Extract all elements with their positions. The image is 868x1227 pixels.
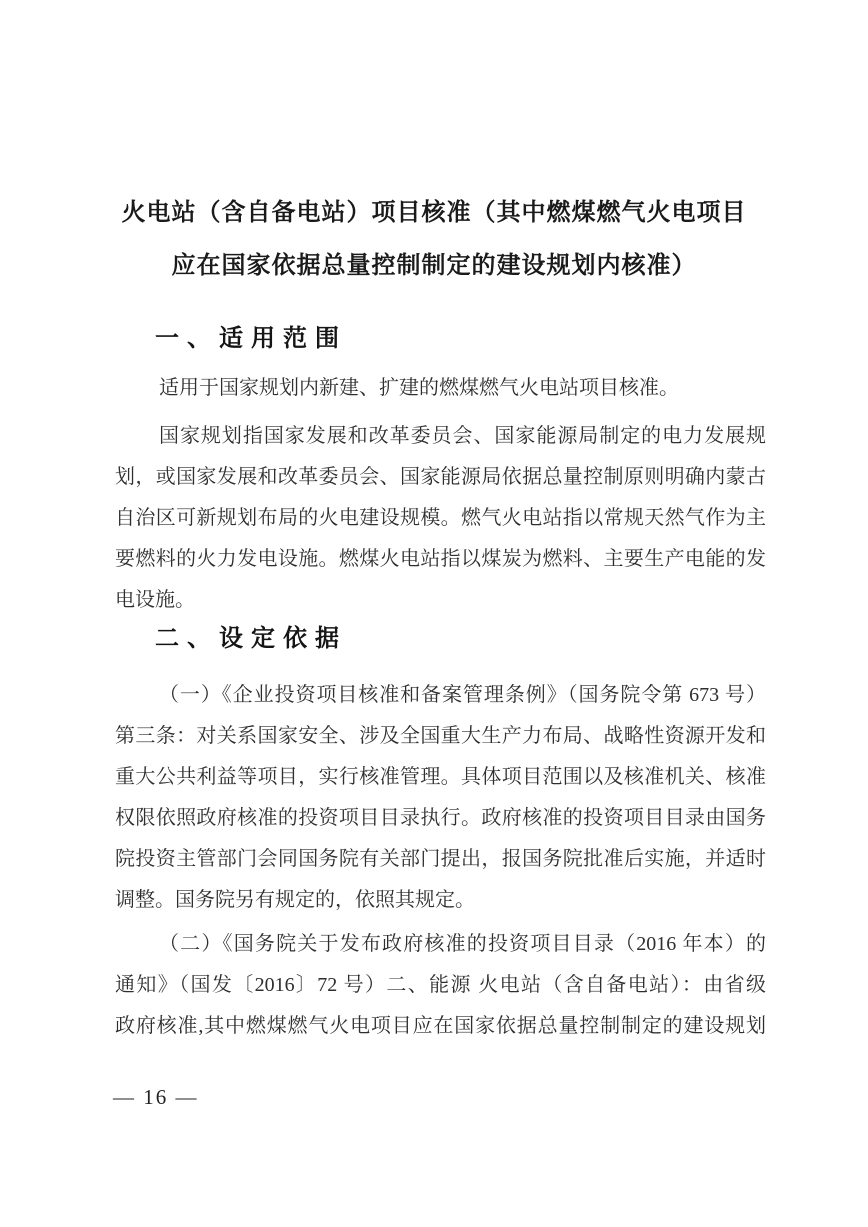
document-title: 火电站（含自备电站）项目核准（其中燃煤燃气火电项目 应在国家依据总量控制制定的建… <box>0 186 868 292</box>
paragraph-line: （一）《企业投资项目核准和备案管理条例》（国务院令第 673 号） <box>115 681 766 722</box>
section-1-paragraph-1: 适用于国家规划内新建、扩建的燃煤燃气火电站项目核准。 <box>115 374 766 415</box>
section-heading-basis: 二、设定依据 <box>155 624 347 654</box>
paragraph-line: 电设施。 <box>115 586 766 627</box>
paragraph-line: 重大公共利益等项目，实行核准管理。具体项目范围以及核准机关、核准 <box>115 763 766 804</box>
page-number: — 16 — <box>113 1085 199 1110</box>
section-2-paragraph-2: （二）《国务院关于发布政府核准的投资项目目录（2016 年本）的 通知》（国发〔… <box>115 930 766 1053</box>
paragraph-line: 自治区可新规划布局的火电建设规模。燃气火电站指以常规天然气作为主 <box>115 504 766 545</box>
paragraph-line: 适用于国家规划内新建、扩建的燃煤燃气火电站项目核准。 <box>115 374 766 415</box>
paragraph-line: 政府核准,其中燃煤燃气火电项目应在国家依据总量控制制定的建设规划 <box>115 1012 766 1053</box>
paragraph-line: 第三条：对关系国家安全、涉及全国重大生产力布局、战略性资源开发和 <box>115 722 766 763</box>
document-title-line-1: 火电站（含自备电站）项目核准（其中燃煤燃气火电项目 <box>0 186 868 239</box>
paragraph-line: 权限依照政府核准的投资项目目录执行。政府核准的投资项目目录由国务 <box>115 804 766 845</box>
paragraph-line: 国家规划指国家发展和改革委员会、国家能源局制定的电力发展规 <box>115 422 766 463</box>
paragraph-line: 要燃料的火力发电设施。燃煤火电站指以煤炭为燃料、主要生产电能的发 <box>115 545 766 586</box>
document-page: 火电站（含自备电站）项目核准（其中燃煤燃气火电项目 应在国家依据总量控制制定的建… <box>0 0 868 1227</box>
section-2-paragraph-1: （一）《企业投资项目核准和备案管理条例》（国务院令第 673 号） 第三条：对关… <box>115 681 766 927</box>
paragraph-line: （二）《国务院关于发布政府核准的投资项目目录（2016 年本）的 <box>115 930 766 971</box>
section-heading-scope: 一、适用范围 <box>155 324 347 354</box>
paragraph-line: 院投资主管部门会同国务院有关部门提出，报国务院批准后实施，并适时 <box>115 845 766 886</box>
paragraph-line: 划，或国家发展和改革委员会、国家能源局依据总量控制原则明确内蒙古 <box>115 463 766 504</box>
paragraph-line: 通知》（国发〔2016〕72 号）二、能源 火电站（含自备电站）：由省级 <box>115 971 766 1012</box>
section-1-paragraph-2: 国家规划指国家发展和改革委员会、国家能源局制定的电力发展规 划，或国家发展和改革… <box>115 422 766 627</box>
paragraph-line: 调整。国务院另有规定的，依照其规定。 <box>115 886 766 927</box>
document-title-line-2: 应在国家依据总量控制制定的建设规划内核准） <box>0 239 868 292</box>
